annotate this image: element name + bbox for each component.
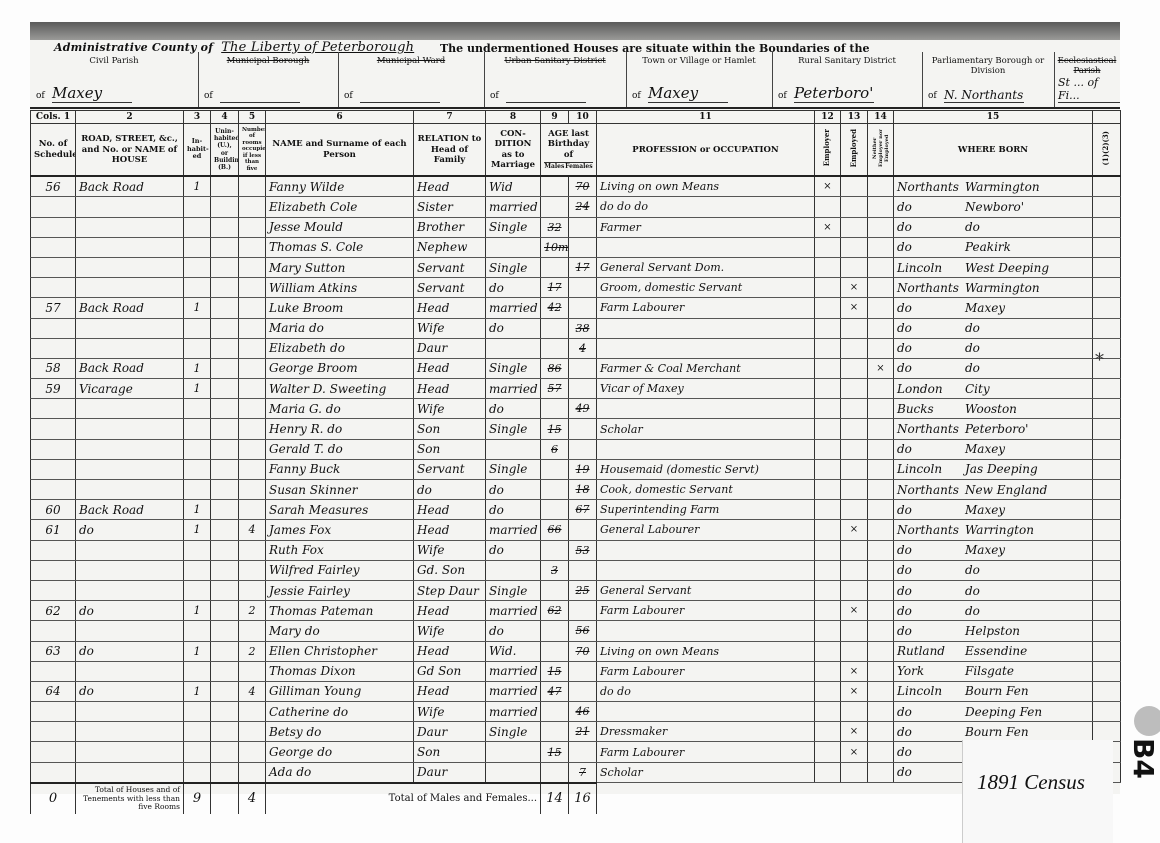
where-born-cell: dodo [894, 217, 1093, 237]
rooms-cell [239, 197, 266, 217]
relation-cell: Head [414, 358, 486, 378]
schedule-cell [31, 480, 76, 500]
table-row: 57Back Road1Luke BroomHeadmarried42Farm … [31, 298, 1121, 318]
condition-cell [486, 762, 541, 783]
male-age-cell: 15 [541, 742, 569, 762]
schedule-cell: 58 [31, 358, 76, 378]
rooms-cell [239, 318, 266, 338]
header-age: AGE last Birthday of Males Females [541, 124, 597, 177]
caption-text: 1891 Census [977, 770, 1085, 795]
condition-cell: do [486, 278, 541, 298]
infirmity-cell [1093, 217, 1121, 237]
condition-cell: married [486, 702, 541, 722]
district-row: Civil Parish of Maxey Municipal Borough … [30, 52, 1120, 109]
schedule-cell [31, 419, 76, 439]
name-cell: William Atkins [266, 278, 414, 298]
schedule-cell [31, 742, 76, 762]
born-county: do [897, 361, 965, 375]
relation-cell: Wife [414, 399, 486, 419]
condition-cell: Wid [486, 176, 541, 197]
born-county: do [897, 301, 965, 315]
schedule-cell [31, 580, 76, 600]
neither-cell [868, 278, 894, 298]
district-parliamentary: Parliamentary Borough or Division of N. … [922, 52, 1055, 107]
road-cell [76, 419, 184, 439]
born-place: Warmington [965, 180, 1040, 194]
infirmity-cell [1093, 540, 1121, 560]
header-females: Females [565, 163, 592, 170]
infirmity-cell [1093, 480, 1121, 500]
uninhabited-cell [211, 197, 239, 217]
employer-cell [815, 480, 841, 500]
born-place: Essendine [965, 644, 1027, 658]
condition-cell: married [486, 520, 541, 540]
condition-cell: married [486, 298, 541, 318]
employed-cell [841, 176, 868, 197]
road-cell: Back Road [76, 176, 184, 197]
condition-cell: do [486, 540, 541, 560]
employed-cell [841, 480, 868, 500]
occupation-cell: Vicar of Maxey [597, 379, 815, 399]
born-county: do [897, 200, 965, 214]
road-cell [76, 197, 184, 217]
name-cell: James Fox [266, 520, 414, 540]
neither-cell [868, 176, 894, 197]
inhabited-cell [184, 540, 211, 560]
employed-cell [841, 237, 868, 257]
female-age-cell: 53 [569, 540, 597, 560]
uninhabited-total [211, 783, 239, 814]
district-ecclesiastical: Ecclesiastical Parish St ... of Fi... [1054, 52, 1120, 107]
name-cell: Susan Skinner [266, 480, 414, 500]
male-age-cell [541, 480, 569, 500]
infirmity-cell [1093, 681, 1121, 701]
born-place: Bourn Fen [965, 684, 1029, 698]
rooms-cell [239, 439, 266, 459]
where-born-cell: dodo [894, 601, 1093, 621]
employed-cell [841, 641, 868, 661]
header-employer: Employer [815, 124, 841, 177]
male-age-cell [541, 762, 569, 783]
relation-cell: Son [414, 439, 486, 459]
header-road: ROAD, STREET, &c., and No. or NAME of HO… [76, 124, 184, 177]
female-age-cell: 21 [569, 722, 597, 742]
census-sheet: Administrative County of The Liberty of … [30, 22, 1120, 794]
table-row: 64do14Gilliman YoungHeadmarried47do do×L… [31, 681, 1121, 701]
inhabited-cell [184, 419, 211, 439]
female-age-cell [569, 681, 597, 701]
road-cell: Back Road [76, 298, 184, 318]
rooms-cell [239, 217, 266, 237]
uninhabited-cell [211, 298, 239, 318]
neither-cell [868, 257, 894, 277]
employer-cell [815, 500, 841, 520]
infirmity-cell [1093, 702, 1121, 722]
male-age-cell: 3 [541, 560, 569, 580]
infirmity-cell [1093, 601, 1121, 621]
relation-cell: Daur [414, 338, 486, 358]
neither-cell [868, 661, 894, 681]
female-age-cell: 49 [569, 399, 597, 419]
female-age-cell: 19 [569, 459, 597, 479]
name-cell: Jessie Fairley [266, 580, 414, 600]
female-age-cell [569, 298, 597, 318]
inhabited-cell [184, 237, 211, 257]
name-cell: Fanny Buck [266, 459, 414, 479]
table-row: 63do12Ellen ChristopherHeadWid.70Living … [31, 641, 1121, 661]
road-cell [76, 580, 184, 600]
born-county: do [897, 604, 965, 618]
col-number: Cols. 1 [31, 111, 76, 124]
born-county: do [897, 341, 965, 355]
inhabited-cell [184, 439, 211, 459]
table-row: Mary SuttonServantSingle17General Servan… [31, 257, 1121, 277]
uninhabited-cell [211, 439, 239, 459]
occupation-cell: Farm Labourer [597, 742, 815, 762]
road-cell [76, 399, 184, 419]
name-cell: George do [266, 742, 414, 762]
table-row: Catherine doWifemarried46doDeeping Fen [31, 702, 1121, 722]
header-where-born: WHERE BORN [894, 124, 1093, 177]
condition-cell: Single [486, 217, 541, 237]
born-county: London [897, 382, 965, 396]
born-place: do [965, 604, 980, 618]
occupation-cell: Housemaid (domestic Servt) [597, 459, 815, 479]
header-infirmity: (1)(2)(3) [1093, 124, 1121, 177]
neither-cell [868, 298, 894, 318]
rooms-cell: 4 [239, 520, 266, 540]
relation-cell: Servant [414, 257, 486, 277]
male-age-cell: 86 [541, 358, 569, 378]
occupation-cell: General Servant Dom. [597, 257, 815, 277]
relation-cell: Step Daur [414, 580, 486, 600]
occupation-cell [597, 702, 815, 722]
column-number-row: Cols. 1 2 3 4 5 6 7 8 9 10 11 12 13 14 1… [31, 111, 1121, 124]
rooms-cell [239, 459, 266, 479]
margin-asterisk: * [1095, 350, 1104, 371]
female-age-cell: 24 [569, 197, 597, 217]
female-age-cell: 38 [569, 318, 597, 338]
name-cell: Catherine do [266, 702, 414, 722]
road-cell: Back Road [76, 358, 184, 378]
schedule-cell: 63 [31, 641, 76, 661]
employed-cell [841, 217, 868, 237]
where-born-cell: LincolnJas Deeping [894, 459, 1093, 479]
neither-cell [868, 560, 894, 580]
employed-cell [841, 257, 868, 277]
employed-cell [841, 379, 868, 399]
born-place: Warrington [965, 523, 1034, 537]
inhabited-cell: 1 [184, 641, 211, 661]
header-employed-label: Employed [850, 129, 858, 167]
condition-cell [486, 439, 541, 459]
born-place: Deeping Fen [965, 705, 1042, 719]
infirmity-cell [1093, 560, 1121, 580]
name-cell: Wilfred Fairley [266, 560, 414, 580]
rooms-cell [239, 540, 266, 560]
infirmity-cell [1093, 237, 1121, 257]
district-value: Maxey [52, 84, 132, 103]
rooms-cell [239, 237, 266, 257]
neither-cell [868, 439, 894, 459]
inhabited-cell [184, 257, 211, 277]
born-county: do [897, 745, 965, 759]
occupation-cell: Scholar [597, 762, 815, 783]
employed-cell [841, 197, 868, 217]
female-age-cell: 67 [569, 500, 597, 520]
employer-cell [815, 742, 841, 762]
where-born-cell: doMaxey [894, 540, 1093, 560]
inhabited-cell: 1 [184, 520, 211, 540]
employer-cell [815, 298, 841, 318]
table-row: 62do12Thomas PatemanHeadmarried62Farm La… [31, 601, 1121, 621]
totals-row: 0 Total of Houses and of Tenements with … [31, 783, 1121, 814]
born-place: West Deeping [965, 261, 1049, 275]
employed-cell [841, 459, 868, 479]
born-county: Northants [897, 281, 965, 295]
employer-cell [815, 459, 841, 479]
occupation-cell: Dressmaker [597, 722, 815, 742]
road-cell: do [76, 641, 184, 661]
col-number: 8 [486, 111, 541, 124]
uninhabited-cell [211, 500, 239, 520]
table-row: Ruth FoxWifedo53doMaxey [31, 540, 1121, 560]
employer-cell [815, 641, 841, 661]
where-born-cell: dodo [894, 358, 1093, 378]
male-age-cell: 47 [541, 681, 569, 701]
where-born-cell: doMaxey [894, 298, 1093, 318]
name-cell: Luke Broom [266, 298, 414, 318]
schedule-cell: 64 [31, 681, 76, 701]
table-row: George doSon15Farm Labourer×doBourn [31, 742, 1121, 762]
neither-cell [868, 480, 894, 500]
table-row: William AtkinsServantdo17Groom, domestic… [31, 278, 1121, 298]
neither-cell [868, 399, 894, 419]
name-cell: George Broom [266, 358, 414, 378]
neither-cell [868, 601, 894, 621]
header-inhabited: In-habit-ed [184, 124, 211, 177]
rooms-cell [239, 661, 266, 681]
uninhabited-cell [211, 742, 239, 762]
female-age-cell [569, 237, 597, 257]
occupation-cell [597, 540, 815, 560]
employed-cell [841, 621, 868, 641]
district-label: Municipal Borough [198, 56, 338, 66]
table-row: Betsy doDaurSingle21Dressmaker×doBourn F… [31, 722, 1121, 742]
name-cell: Ada do [266, 762, 414, 783]
employer-cell [815, 540, 841, 560]
relation-cell: Daur [414, 762, 486, 783]
born-place: do [965, 321, 980, 335]
scan-shadow-band [30, 22, 1120, 40]
occupation-cell: do do [597, 681, 815, 701]
schedule-cell: 56 [31, 176, 76, 197]
condition-cell: do [486, 500, 541, 520]
uninhabited-cell [211, 278, 239, 298]
relation-cell: Head [414, 298, 486, 318]
tab-marker-dot [1134, 706, 1160, 736]
employer-cell [815, 399, 841, 419]
rooms-cell [239, 560, 266, 580]
born-county: Northants [897, 422, 965, 436]
born-place: Maxey [965, 503, 1005, 517]
condition-cell [486, 560, 541, 580]
condition-cell: Wid. [486, 641, 541, 661]
district-value: Maxey [648, 84, 728, 103]
female-age-cell [569, 742, 597, 762]
table-row: Thomas S. ColeNephew10modoPeakirk [31, 237, 1121, 257]
uninhabited-cell [211, 358, 239, 378]
name-cell: Maria do [266, 318, 414, 338]
employer-cell [815, 358, 841, 378]
rooms-cell [239, 702, 266, 722]
male-age-cell [541, 338, 569, 358]
neither-cell [868, 500, 894, 520]
neither-cell [868, 722, 894, 742]
table-row: 56Back Road1Fanny WildeHeadWid70Living o… [31, 176, 1121, 197]
female-age-cell [569, 601, 597, 621]
rooms-cell [239, 742, 266, 762]
schedule-cell [31, 439, 76, 459]
male-age-cell: 66 [541, 520, 569, 540]
of-prefix: of [344, 91, 353, 101]
name-cell: Elizabeth Cole [266, 197, 414, 217]
header-occupation: PROFESSION or OCCUPATION [597, 124, 815, 177]
condition-cell: Single [486, 722, 541, 742]
employed-cell [841, 540, 868, 560]
where-born-cell: LincolnWest Deeping [894, 257, 1093, 277]
of-prefix: of [778, 91, 787, 101]
uninhabited-cell [211, 641, 239, 661]
employed-cell [841, 439, 868, 459]
occupation-cell: do do do [597, 197, 815, 217]
inhabited-cell [184, 318, 211, 338]
table-row: Gerald T. doSon6doMaxey [31, 439, 1121, 459]
col-number [1093, 111, 1121, 124]
col-number: 5 [239, 111, 266, 124]
where-born-cell: NorthantsNew England [894, 480, 1093, 500]
column-header-row: No. of Schedule ROAD, STREET, &c., and N… [31, 124, 1121, 177]
male-age-cell: 62 [541, 601, 569, 621]
condition-cell: married [486, 601, 541, 621]
male-age-cell [541, 621, 569, 641]
born-county: do [897, 240, 965, 254]
condition-cell [486, 742, 541, 762]
houses-total: 9 [184, 783, 211, 814]
inhabited-cell [184, 480, 211, 500]
employer-cell [815, 681, 841, 701]
inhabited-cell: 1 [184, 500, 211, 520]
employer-cell [815, 520, 841, 540]
col-number: 12 [815, 111, 841, 124]
uninhabited-cell [211, 560, 239, 580]
employer-cell [815, 318, 841, 338]
employer-cell [815, 702, 841, 722]
born-county: Northants [897, 523, 965, 537]
rooms-cell [239, 257, 266, 277]
female-age-cell: 70 [569, 176, 597, 197]
uninhabited-cell [211, 480, 239, 500]
road-cell [76, 217, 184, 237]
female-age-cell [569, 379, 597, 399]
infirmity-cell [1093, 459, 1121, 479]
infirmity-cell [1093, 197, 1121, 217]
employed-cell: × [841, 661, 868, 681]
of-prefix: of [632, 91, 641, 101]
occupation-cell: Farm Labourer [597, 298, 815, 318]
rooms-cell [239, 762, 266, 783]
female-age-cell: 56 [569, 621, 597, 641]
inhabited-cell [184, 560, 211, 580]
uninhabited-cell [211, 681, 239, 701]
where-born-cell: BucksWooston [894, 399, 1093, 419]
where-born-cell: dodo [894, 338, 1093, 358]
district-municipal-ward: Municipal Ward of [338, 52, 485, 107]
rooms-cell: 4 [239, 681, 266, 701]
condition-cell: do [486, 318, 541, 338]
male-age-cell [541, 257, 569, 277]
relation-cell: Head [414, 379, 486, 399]
header-neither-label: Neither Employer nor Employed [872, 124, 890, 172]
born-county: do [897, 624, 965, 638]
where-born-cell: NorthantsWarrington [894, 520, 1093, 540]
condition-cell: married [486, 197, 541, 217]
relation-cell: Head [414, 641, 486, 661]
relation-cell: Head [414, 601, 486, 621]
employed-cell: × [841, 298, 868, 318]
born-county: do [897, 321, 965, 335]
where-born-cell: NorthantsWarmington [894, 176, 1093, 197]
road-cell [76, 257, 184, 277]
district-value [360, 102, 440, 103]
born-county: do [897, 705, 965, 719]
neither-cell [868, 520, 894, 540]
where-born-cell: doMaxey [894, 500, 1093, 520]
where-born-cell: LincolnBourn Fen [894, 681, 1093, 701]
name-cell: Betsy do [266, 722, 414, 742]
inhabited-cell [184, 621, 211, 641]
neither-cell [868, 762, 894, 783]
occupation-cell: Farmer [597, 217, 815, 237]
born-county: do [897, 725, 965, 739]
where-born-cell: RutlandEssendine [894, 641, 1093, 661]
district-label: Urban Sanitary District [484, 56, 626, 66]
name-cell: Walter D. Sweeting [266, 379, 414, 399]
header-uninhabited: Unin-habited (U.), or Building (B.) [211, 124, 239, 177]
table-row: Susan Skinnerdodo18Cook, domestic Servan… [31, 480, 1121, 500]
occupation-cell [597, 318, 815, 338]
name-cell: Gilliman Young [266, 681, 414, 701]
relation-cell: Wife [414, 702, 486, 722]
male-age-cell [541, 641, 569, 661]
district-label: Civil Parish [30, 56, 198, 66]
relation-cell: Head [414, 176, 486, 197]
road-cell [76, 540, 184, 560]
header-neither: Neither Employer nor Employed [868, 124, 894, 177]
relation-cell: Gd. Son [414, 560, 486, 580]
rooms-cell: 2 [239, 641, 266, 661]
born-place: Bourn Fen [965, 725, 1029, 739]
uninhabited-cell [211, 520, 239, 540]
male-age-cell [541, 399, 569, 419]
employed-cell [841, 560, 868, 580]
table-row: 60Back Road1Sarah MeasuresHeaddo67Superi… [31, 500, 1121, 520]
name-cell: Fanny Wilde [266, 176, 414, 197]
born-place: Peterboro' [965, 422, 1028, 436]
females-total: 16 [569, 783, 597, 814]
relation-cell: Servant [414, 278, 486, 298]
female-age-cell: 18 [569, 480, 597, 500]
